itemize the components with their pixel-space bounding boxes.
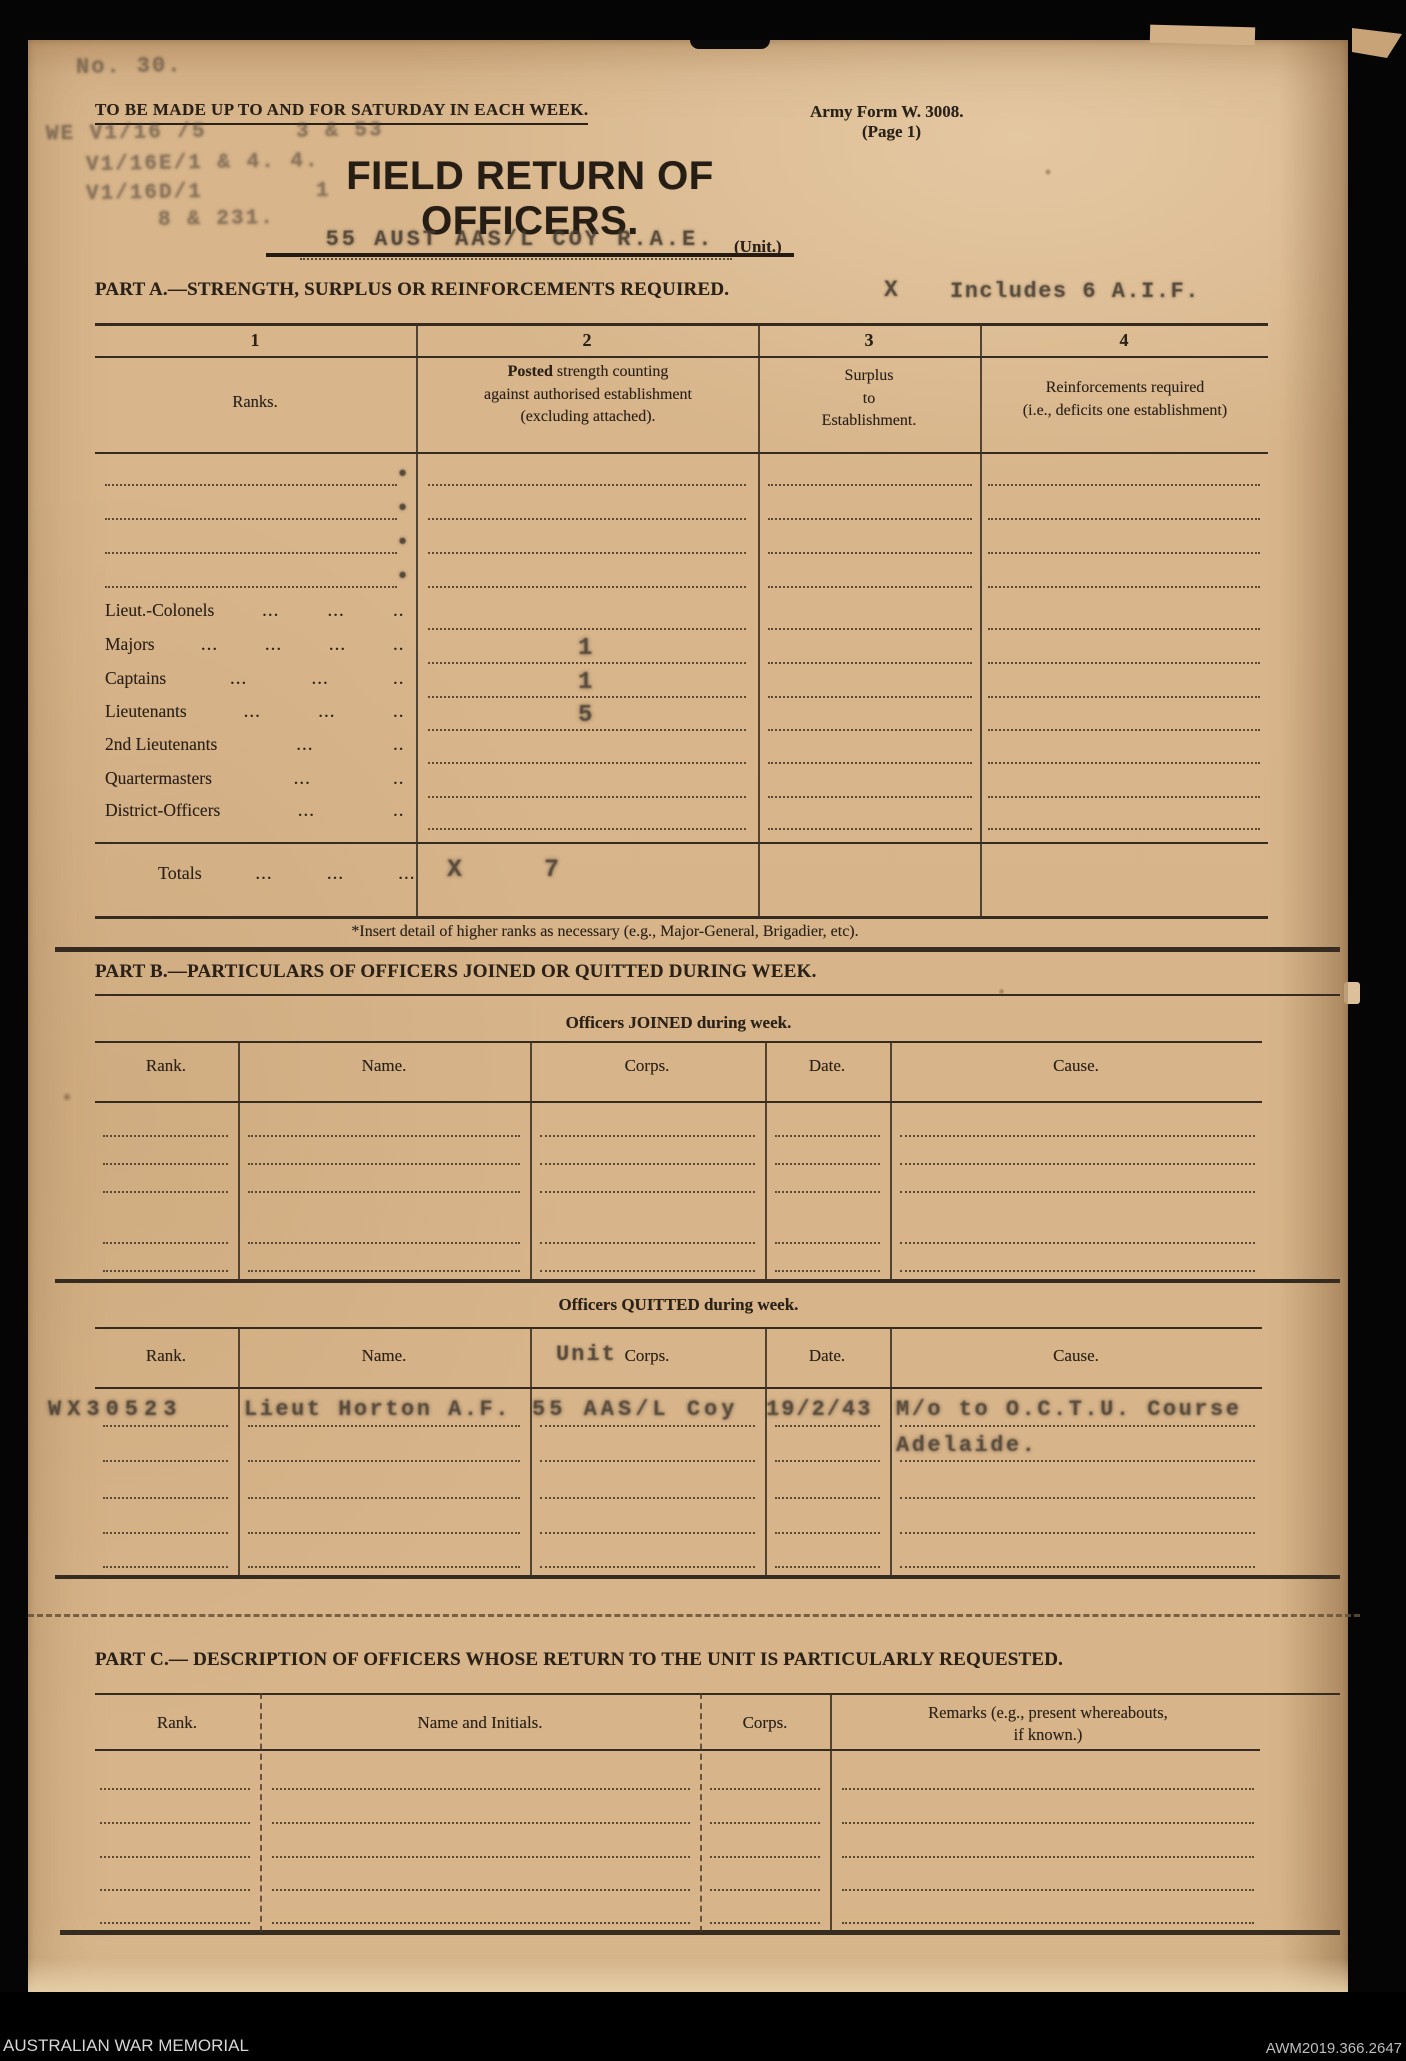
higher-rank-marker: • xyxy=(396,462,409,487)
dotted-entry-line xyxy=(775,1425,880,1427)
dotted-entry-line xyxy=(540,1566,755,1568)
stamp-reference: WE V1/16 /5 xyxy=(46,121,207,147)
posted-strength-line2: against authorised establishment xyxy=(430,384,746,407)
part-c-heading: PART C.— DESCRIPTION OF OFFICERS WHOSE R… xyxy=(95,1649,1063,1671)
dotted-entry-line xyxy=(900,1497,1255,1499)
dotted-entry-line xyxy=(900,1242,1255,1244)
column-number-2: 2 xyxy=(557,330,617,351)
ranks-column-header: Ranks. xyxy=(195,392,315,412)
table-column-line xyxy=(416,323,418,918)
dotted-entry-line xyxy=(988,518,1260,520)
dotted-entry-line xyxy=(103,1460,228,1462)
quitted-column-header: Rank. xyxy=(96,1346,236,1366)
dotted-entry-line xyxy=(768,828,972,830)
dotted-entry-line xyxy=(988,552,1260,554)
remarks-column-header: Remarks (e.g., present whereabouts, if k… xyxy=(868,1702,1228,1747)
officers-joined-title: Officers JOINED during week. xyxy=(95,1013,1262,1033)
army-form-page-ref: (Page 1) xyxy=(862,122,921,142)
dotted-entry-line xyxy=(768,762,972,764)
table-rule xyxy=(95,452,1268,454)
dotted-entry-line xyxy=(100,1856,250,1858)
rank-row: Lieut.-Colonels........ xyxy=(105,600,405,621)
dotted-entry-line xyxy=(900,1425,1255,1427)
dotted-entry-line xyxy=(428,484,746,486)
dotted-entry-line xyxy=(428,628,746,630)
dotted-entry-line xyxy=(100,1788,250,1790)
quitted-entry-corps: 55 AAS/L Coy xyxy=(532,1397,738,1422)
dotted-entry-line xyxy=(768,696,972,698)
rank-label: Lieut.-Colonels xyxy=(105,600,214,621)
leader-dots: .. xyxy=(394,804,406,821)
dotted-entry-line xyxy=(710,1856,820,1858)
leader-dots: ... xyxy=(298,804,315,821)
dotted-entry-line xyxy=(248,1532,520,1534)
posted-strength-line3: (excluding attached). xyxy=(430,406,746,429)
dotted-entry-line xyxy=(248,1566,520,1568)
dotted-entry-line xyxy=(248,1135,520,1137)
leader-dots: ... xyxy=(256,867,273,884)
leader-dots: ... xyxy=(297,738,314,755)
leader-dots: .. xyxy=(393,738,405,755)
table-rule xyxy=(95,842,1268,844)
dotted-entry-line xyxy=(710,1822,820,1824)
leader-dots: .. xyxy=(393,638,405,655)
table-rule xyxy=(95,323,1268,326)
dotted-entry-line xyxy=(248,1163,520,1165)
quitted-column-header: Date. xyxy=(757,1346,897,1366)
table-rule xyxy=(95,916,1268,919)
accession-number: AWM2019.366.2647 xyxy=(1266,2040,1402,2057)
rank-label: Majors xyxy=(105,634,155,655)
column-number-4: 4 xyxy=(1094,330,1154,351)
joined-column-header: Cause. xyxy=(1006,1056,1146,1076)
dotted-entry-line xyxy=(272,1889,690,1891)
unit-overtype-stamp: Unit xyxy=(556,1342,617,1367)
part-c-column-header: Corps. xyxy=(655,1713,875,1733)
dotted-entry-line xyxy=(775,1242,880,1244)
column-number-1: 1 xyxy=(225,330,285,351)
dotted-entry-line xyxy=(103,1566,228,1568)
dotted-entry-line xyxy=(842,1788,1254,1790)
joined-column-header: Rank. xyxy=(96,1056,236,1076)
dotted-entry-line xyxy=(103,1135,228,1137)
quitted-entry-cause-line1: M/o to O.C.T.U. Course xyxy=(896,1397,1241,1422)
dotted-entry-line xyxy=(428,662,746,664)
stamp-reference: 3 & 53 xyxy=(296,119,384,144)
joined-column-header: Name. xyxy=(314,1056,454,1076)
remarks-header-line2: if known.) xyxy=(868,1724,1228,1746)
dotted-entry-line xyxy=(768,586,972,588)
dotted-entry-line xyxy=(540,1497,755,1499)
dotted-entry-line xyxy=(988,484,1260,486)
joined-column-header: Corps. xyxy=(577,1056,717,1076)
dotted-entry-line xyxy=(768,518,972,520)
dotted-entry-line xyxy=(300,258,732,260)
dotted-entry-line xyxy=(248,1242,520,1244)
quitted-entry-rank: WX30523 xyxy=(48,1397,182,1422)
rank-row: Lieutenants........ xyxy=(105,701,405,722)
dotted-entry-line xyxy=(428,586,746,588)
dotted-entry-line xyxy=(988,628,1260,630)
posted-strength-value: 1 xyxy=(578,635,592,662)
dotted-entry-line xyxy=(248,1497,520,1499)
dotted-entry-line xyxy=(768,552,972,554)
officers-quitted-title: Officers QUITTED during week. xyxy=(95,1295,1262,1315)
dotted-entry-line xyxy=(775,1191,880,1193)
rank-label: Quartermasters xyxy=(105,768,212,789)
dotted-entry-line xyxy=(900,1566,1255,1568)
rank-label: Captains xyxy=(105,668,166,689)
dotted-entry-line xyxy=(775,1135,880,1137)
dotted-entry-line xyxy=(988,729,1260,731)
dotted-entry-line xyxy=(105,586,397,588)
quitted-entry-name: Lieut Horton A.F. xyxy=(244,1397,511,1422)
part-a-annotation-text: Includes 6 A.I.F. xyxy=(950,279,1200,304)
dotted-entry-line xyxy=(272,1788,690,1790)
dotted-entry-line xyxy=(103,1532,228,1534)
dotted-entry-line xyxy=(248,1425,520,1427)
dotted-entry-line xyxy=(900,1460,1255,1462)
dotted-entry-line xyxy=(428,696,746,698)
leader-dots: .. xyxy=(394,672,406,689)
dotted-entry-line xyxy=(900,1135,1255,1137)
dotted-entry-line xyxy=(775,1460,880,1462)
table-rule xyxy=(55,947,1340,952)
archive-name: AUSTRALIAN WAR MEMORIAL xyxy=(3,2036,249,2056)
dotted-entry-line xyxy=(272,1856,690,1858)
surplus-column-header: Surplus to Establishment. xyxy=(799,365,939,433)
dotted-entry-line xyxy=(768,628,972,630)
dotted-entry-line xyxy=(105,518,397,520)
dotted-entry-line xyxy=(248,1191,520,1193)
table-rule xyxy=(95,1327,1262,1329)
part-a-annotation-mark: X xyxy=(884,277,898,303)
quitted-entry-cause-line2: Adelaide. xyxy=(896,1433,1037,1458)
dotted-entry-line xyxy=(540,1191,755,1193)
totals-annotation-mark: X xyxy=(447,855,462,884)
dotted-entry-line xyxy=(775,1566,880,1568)
part-a-heading: PART A.—STRENGTH, SURPLUS OR REINFORCEME… xyxy=(95,279,729,301)
dotted-entry-line xyxy=(428,518,746,520)
dotted-entry-line xyxy=(768,662,972,664)
dotted-entry-line xyxy=(100,1922,250,1924)
dotted-entry-line xyxy=(775,1497,880,1499)
leader-dots: .. xyxy=(393,604,405,621)
dotted-entry-line xyxy=(100,1822,250,1824)
joined-column-header: Date. xyxy=(757,1056,897,1076)
dotted-entry-line xyxy=(775,1532,880,1534)
leader-dots: ... xyxy=(263,604,280,621)
dotted-entry-line xyxy=(710,1922,820,1924)
stamp-reference: 8 & 231. xyxy=(158,207,275,232)
dotted-entry-line xyxy=(988,696,1260,698)
part-c-column-header: Rank. xyxy=(67,1713,287,1733)
table-rule xyxy=(95,1693,1340,1695)
table-column-line xyxy=(530,1327,532,1577)
dotted-entry-line xyxy=(988,796,1260,798)
dotted-entry-line xyxy=(710,1788,820,1790)
dotted-entry-line xyxy=(103,1497,228,1499)
dotted-entry-line xyxy=(988,762,1260,764)
dotted-entry-line xyxy=(428,762,746,764)
dotted-entry-line xyxy=(103,1425,228,1427)
dotted-entry-line xyxy=(540,1163,755,1165)
table-column-line xyxy=(890,1041,892,1281)
dotted-entry-line xyxy=(988,586,1260,588)
table-rule xyxy=(95,1387,1262,1389)
totals-row: Totals ... ... ... xyxy=(158,863,416,884)
quitted-entry-date: 19/2/43 xyxy=(766,1397,872,1422)
dotted-entry-line xyxy=(428,552,746,554)
dotted-entry-line xyxy=(248,1270,520,1272)
dotted-entry-line xyxy=(842,1922,1254,1924)
leader-dots: .. xyxy=(394,705,406,722)
rank-row: Quartermasters..... xyxy=(105,768,405,789)
table-column-line xyxy=(530,1041,532,1281)
column-number-3: 3 xyxy=(839,330,899,351)
dotted-entry-line xyxy=(540,1532,755,1534)
quitted-column-header: Name. xyxy=(314,1346,454,1366)
dotted-entry-line xyxy=(842,1856,1254,1858)
leader-dots: ... xyxy=(319,705,336,722)
leader-dots: ... xyxy=(312,672,329,689)
leader-dots: ... xyxy=(327,867,344,884)
leader-dots: ... xyxy=(201,638,218,655)
dotted-entry-line xyxy=(272,1822,690,1824)
rank-row: Captains........ xyxy=(105,668,405,689)
posted-strength-column-header: Posted strength counting against authori… xyxy=(430,361,746,429)
table-rule xyxy=(95,1101,1262,1103)
dotted-entry-line xyxy=(428,828,746,830)
dotted-entry-line xyxy=(768,796,972,798)
leader-dots: ... xyxy=(265,638,282,655)
rank-label: 2nd Lieutenants xyxy=(105,734,217,755)
table-column-line xyxy=(238,1327,240,1577)
dotted-entry-line xyxy=(900,1532,1255,1534)
rank-row: 2nd Lieutenants..... xyxy=(105,734,405,755)
dotted-entry-line xyxy=(540,1242,755,1244)
posted-strength-value: 1 xyxy=(578,669,592,696)
dotted-entry-line xyxy=(105,552,397,554)
dotted-entry-line xyxy=(768,484,972,486)
dotted-entry-line xyxy=(540,1425,755,1427)
dotted-entry-line xyxy=(842,1889,1254,1891)
dotted-entry-line xyxy=(103,1242,228,1244)
unit-field-label: (Unit.) xyxy=(734,237,782,257)
dotted-entry-line xyxy=(988,662,1260,664)
dotted-entry-line xyxy=(103,1163,228,1165)
leader-dots: ... xyxy=(399,867,416,884)
dotted-entry-line xyxy=(428,796,746,798)
dotted-entry-line xyxy=(842,1822,1254,1824)
rank-row: District-Officers..... xyxy=(105,800,405,821)
totals-label: Totals xyxy=(158,863,202,884)
higher-rank-marker: • xyxy=(396,564,409,589)
rank-label: District-Officers xyxy=(105,800,220,821)
table-column-line xyxy=(238,1041,240,1281)
table-column-line xyxy=(758,323,760,918)
dotted-entry-line xyxy=(540,1460,755,1462)
document-scan: ••••Lieut.-Colonels........Majors.......… xyxy=(0,0,1406,2061)
leader-dots: ... xyxy=(231,672,248,689)
remarks-header-line1: Remarks (e.g., present whereabouts, xyxy=(868,1702,1228,1724)
higher-rank-marker: • xyxy=(396,530,409,555)
table-rule xyxy=(95,356,1268,358)
unit-name-value: 55 AUST AAS/L COY R.A.E. xyxy=(310,227,730,252)
dotted-entry-line xyxy=(900,1270,1255,1272)
dotted-entry-line xyxy=(710,1889,820,1891)
perforation-line xyxy=(28,1614,1360,1617)
dotted-entry-line xyxy=(775,1270,880,1272)
dotted-entry-line xyxy=(540,1270,755,1272)
leader-dots: ... xyxy=(329,638,346,655)
dotted-entry-line xyxy=(900,1191,1255,1193)
higher-rank-marker: • xyxy=(396,496,409,521)
leader-dots: ... xyxy=(328,604,345,621)
part-b-heading: PART B.—PARTICULARS OF OFFICERS JOINED O… xyxy=(95,961,817,983)
dotted-entry-line xyxy=(248,1460,520,1462)
dotted-entry-line xyxy=(775,1163,880,1165)
dotted-entry-line xyxy=(988,828,1260,830)
table-column-line xyxy=(980,323,982,918)
dotted-entry-line xyxy=(103,1270,228,1272)
table-rule xyxy=(95,994,1340,996)
dotted-entry-line xyxy=(272,1922,690,1924)
totals-posted-value: 7 xyxy=(544,855,559,884)
dotted-entry-line xyxy=(540,1135,755,1137)
part-a-footnote: *Insert detail of higher ranks as necess… xyxy=(95,923,1115,941)
table-column-line xyxy=(765,1041,767,1281)
dotted-entry-line xyxy=(100,1889,250,1891)
leader-dots: ... xyxy=(294,772,311,789)
leader-dots: .. xyxy=(394,772,406,789)
dotted-entry-line xyxy=(103,1191,228,1193)
dotted-entry-line xyxy=(428,729,746,731)
posted-strength-value: 5 xyxy=(578,702,592,729)
rank-row: Majors........... xyxy=(105,634,405,655)
stamp-reference: V1/16D/1 xyxy=(86,181,203,206)
table-rule xyxy=(95,1041,1262,1043)
army-form-number: Army Form W. 3008. xyxy=(810,102,963,122)
dotted-entry-line xyxy=(900,1163,1255,1165)
table-rule xyxy=(55,1279,1340,1283)
dotted-entry-line xyxy=(105,484,397,486)
quitted-column-header: Cause. xyxy=(1006,1346,1146,1366)
leader-dots: ... xyxy=(244,705,261,722)
reinforcements-column-header: Reinforcements required (i.e., deficits … xyxy=(986,377,1264,422)
dotted-entry-line xyxy=(768,729,972,731)
table-rule xyxy=(55,1575,1340,1579)
serial-number: No. 30. xyxy=(76,53,183,80)
rank-label: Lieutenants xyxy=(105,701,187,722)
table-rule xyxy=(95,1749,1260,1751)
part-c-column-header: Name and Initials. xyxy=(370,1713,590,1733)
posted-strength-line1: Posted strength counting xyxy=(430,361,746,384)
